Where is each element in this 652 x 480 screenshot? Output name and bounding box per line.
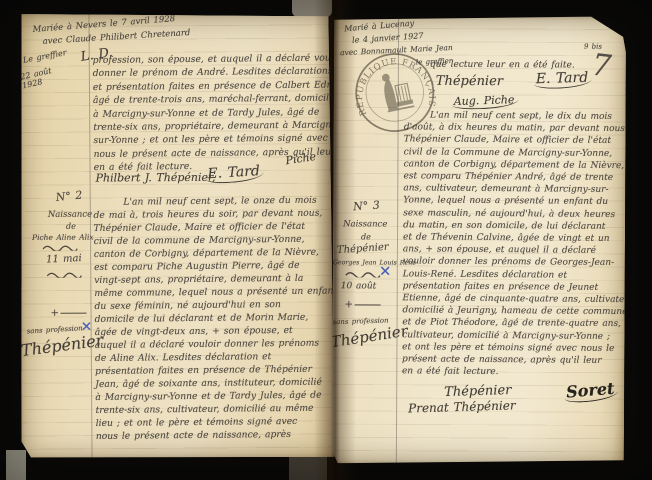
act-date: 10 août (341, 281, 377, 291)
act-linkword: de (361, 232, 371, 241)
signature: E. Tard (534, 70, 593, 90)
marianne-figure (380, 70, 414, 112)
act-3-body: L'an mil neuf cent sept, le dix du mois … (402, 109, 624, 379)
clerk-date: 22 août 1928 (19, 63, 66, 90)
flourish-mark (345, 271, 381, 277)
flourish-mark (46, 272, 82, 278)
act-number: N° 3 (353, 199, 380, 214)
manuscript-line: domicile de lui déclarant et de Morin Ma… (95, 311, 331, 326)
signature: E. Tard (205, 163, 264, 184)
book-headband (292, 0, 332, 17)
manuscript-line: auquel il a déclaré vouloir donner les p… (95, 337, 331, 352)
act-number: N° 2 (55, 189, 83, 204)
signature: Philbert J. Thépénier, (96, 171, 216, 185)
clerk-note: Le greffier (22, 48, 67, 65)
act-linkword: de (66, 222, 76, 231)
manuscript-line: nous le présent acte de naissance, après (96, 428, 332, 443)
right-page: Marié à Lucenay le 4 janvier 1927 avec B… (332, 15, 626, 465)
act-type: Naissance (48, 210, 92, 220)
manuscript-line: en a été fait lecture. (402, 366, 622, 380)
register-photo: Mariée à Nevers le 7 avril 1928 avec Cla… (0, 0, 652, 480)
child-name: Thépénier (337, 242, 389, 256)
manuscript-line: même commune, lequel nous a présenté un … (94, 285, 330, 300)
act-type: Naissance (343, 219, 387, 229)
desk-corner (6, 450, 26, 480)
manuscript-line: que lecture leur en a été faite. (430, 60, 575, 71)
signature: Thépénier (436, 74, 503, 89)
signature: Aug. Piche (452, 93, 519, 110)
signature: Prenat Thépénier (408, 398, 516, 415)
act-date: 11 mai (46, 253, 82, 265)
insert-caret: + (51, 308, 87, 319)
signature: Soret (563, 378, 619, 403)
folio-number: 7 (590, 48, 613, 85)
marriage-mention: le 4 janvier 1927 (352, 31, 424, 45)
insert-caret: + (345, 299, 381, 310)
left-page: Mariée à Nevers le 7 avril 1928 avec Cla… (18, 12, 334, 459)
manuscript-line: lieu ; et ont le père et témoins signé a… (96, 415, 332, 430)
blue-x-mark: × (379, 261, 392, 279)
flourish-mark (42, 245, 78, 251)
child-name: Piche Aline Alix (32, 233, 94, 242)
marriage-mention: Marié à Lucenay (344, 19, 415, 34)
republique-francaise-stamp: RÉPUBLIQUE FRANÇAISE (346, 42, 444, 143)
signature: Thépénier (444, 383, 512, 400)
act-2-body: L'an mil neuf cent sept, le onze du mois… (93, 194, 332, 443)
book-tailband (289, 454, 327, 480)
